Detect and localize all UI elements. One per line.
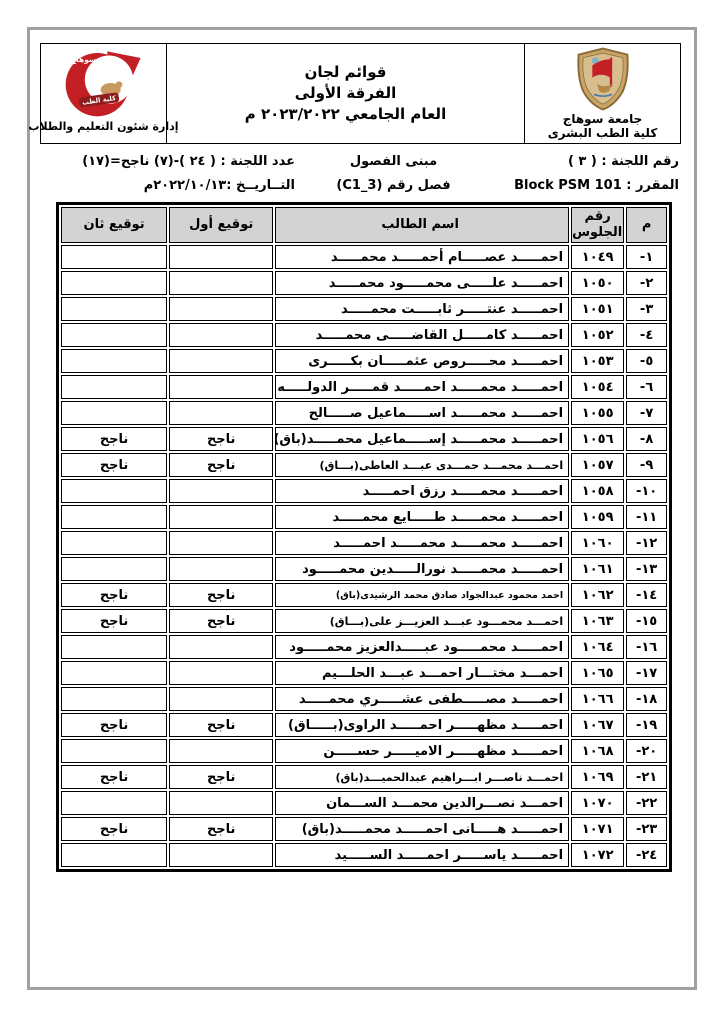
first-signature-cell: ناجح — [169, 427, 273, 451]
exam-info-bar: رقم اللجنة : ( ٣ ) المقرر : Block PSM 10… — [40, 150, 681, 200]
row-number-cell: ١١- — [626, 505, 667, 529]
first-signature-cell — [169, 791, 273, 815]
document-title-line1: قوائم لجان — [305, 62, 387, 83]
university-header-box: جامعة سوهاج كلية الطب البشرى — [524, 43, 681, 144]
first-signature-cell — [169, 479, 273, 503]
student-row: ١٨- ١٠٦٦ احمـــــد مصـــــطفى عشـــــري … — [61, 687, 667, 711]
first-signature-cell: ناجح — [169, 453, 273, 477]
first-signature-cell — [169, 245, 273, 269]
student-name-cell: احمـــــد محمـــــد طـــــايع محمـــــد — [275, 505, 569, 529]
student-row: ١٧- ١٠٦٥ احمـــد مختـــار احمـــد عبـــد… — [61, 661, 667, 685]
document-header: جامعة سوهاج كلية الطب البشرى قوائم لجان … — [40, 43, 681, 144]
row-number-cell: ٩- — [626, 453, 667, 477]
student-row: ١٢- ١٠٦٠ احمـــــد محمـــــد محمـــــد ا… — [61, 531, 667, 555]
seat-number-cell: ١٠٥٩ — [571, 505, 624, 529]
row-number-cell: ١٦- — [626, 635, 667, 659]
first-signature-cell: ناجح — [169, 765, 273, 789]
second-signature-cell — [61, 375, 167, 399]
first-signature-cell: ناجح — [169, 583, 273, 607]
first-signature-cell — [169, 687, 273, 711]
student-row: ٦- ١٠٥٤ احمـــــد محمـــــد احمـــــد قم… — [61, 375, 667, 399]
room-number: فصل رقم (C1_3) — [301, 174, 486, 198]
second-signature-cell — [61, 505, 167, 529]
first-signature-cell — [169, 843, 273, 867]
seat-number-cell: ١٠٥١ — [571, 297, 624, 321]
students-table: م رقم الجلوس اسم الطالب توقيع أول توقيع … — [56, 202, 672, 872]
admin-office-caption: إدارة شئون التعليم والطلاب — [28, 120, 178, 133]
first-signature-cell — [169, 531, 273, 555]
student-name-cell: احمـــــد محمـــــد رزق احمـــــد — [275, 479, 569, 503]
table-header-row: م رقم الجلوس اسم الطالب توقيع أول توقيع … — [61, 207, 667, 243]
second-signature-cell: ناجح — [61, 583, 167, 607]
row-number-cell: ٢٣- — [626, 817, 667, 841]
document-title-line3: العام الجامعي ٢٠٢٣/٢٠٢٢ م — [245, 104, 446, 125]
first-signature-cell: ناجح — [169, 609, 273, 633]
first-signature-cell — [169, 375, 273, 399]
student-row: ٢- ١٠٥٠ احمـــــد علـــــى محمـــــود مح… — [61, 271, 667, 295]
faculty-name: كلية الطب البشرى — [548, 126, 658, 140]
student-name-cell: احمـــــد هـــــانى احمـــــد محمـــــد(… — [275, 817, 569, 841]
student-row: ١- ١٠٤٩ احمـــــد عصـــــام أحمـــــد مح… — [61, 245, 667, 269]
seat-number-cell: ١٠٥٠ — [571, 271, 624, 295]
row-number-cell: ٢٠- — [626, 739, 667, 763]
student-row: ١٣- ١٠٦١ احمـــــد محمـــــد نورالـــــد… — [61, 557, 667, 581]
second-signature-cell — [61, 479, 167, 503]
page-frame: جامعة سوهاج كلية الطب البشرى قوائم لجان … — [27, 27, 697, 990]
second-signature-cell — [61, 843, 167, 867]
seat-number-cell: ١٠٦٥ — [571, 661, 624, 685]
column-header-name: اسم الطالب — [275, 207, 569, 243]
second-signature-cell — [61, 739, 167, 763]
second-signature-cell — [61, 687, 167, 711]
seat-number-cell: ١٠٤٩ — [571, 245, 624, 269]
first-signature-cell: ناجح — [169, 817, 273, 841]
committee-number: رقم اللجنة : ( ٣ ) — [486, 150, 679, 174]
student-name-cell: احمـــــد مظهـــــر احمـــــد الراوى(بــ… — [275, 713, 569, 737]
seat-number-cell: ١٠٥٦ — [571, 427, 624, 451]
committee-count: عدد اللجنة : ( ٢٤ )-(٧) ناجح=(١٧) — [40, 150, 295, 174]
student-name-cell: احمـــــد مظهـــــر الاميـــــر حســـــن — [275, 739, 569, 763]
seat-number-cell: ١٠٥٧ — [571, 453, 624, 477]
student-name-cell: احمـــــد كامـــــل القاضـــــى محمـــــ… — [275, 323, 569, 347]
row-number-cell: ٢- — [626, 271, 667, 295]
seat-number-cell: ١٠٦٦ — [571, 687, 624, 711]
student-row: ١٥- ١٠٦٣ احمـــد محمـــود عبـــد العزيــ… — [61, 609, 667, 633]
seat-number-cell: ١٠٦٣ — [571, 609, 624, 633]
students-table-body: ١- ١٠٤٩ احمـــــد عصـــــام أحمـــــد مح… — [61, 245, 667, 867]
seat-number-cell: ١٠٥٤ — [571, 375, 624, 399]
student-name-cell: احمد محمود عبدالجواد صادق محمد الرشيدى(ب… — [275, 583, 569, 607]
student-row: ٤- ١٠٥٢ احمـــــد كامـــــل القاضـــــى … — [61, 323, 667, 347]
seat-number-cell: ١٠٦٩ — [571, 765, 624, 789]
second-signature-cell — [61, 297, 167, 321]
student-row: ٢٢- ١٠٧٠ احمـــد نصـــرالدين محمـــد الس… — [61, 791, 667, 815]
document-title-line2: الفرقة الأولى — [295, 83, 396, 104]
exam-date: التــاريــخ :٢٠٢٢/١٠/١٣م — [40, 174, 295, 198]
second-signature-cell — [61, 323, 167, 347]
student-name-cell: احمـــد ناصـــر ابـــراهيم عبدالحميـــد(… — [275, 765, 569, 789]
row-number-cell: ٢٤- — [626, 843, 667, 867]
row-number-cell: ٢٢- — [626, 791, 667, 815]
row-number-cell: ١- — [626, 245, 667, 269]
student-row: ١٩- ١٠٦٧ احمـــــد مظهـــــر احمـــــد ا… — [61, 713, 667, 737]
student-name-cell: احمـــد محمـــود عبـــد العزيـــز على(بـ… — [275, 609, 569, 633]
first-signature-cell — [169, 557, 273, 581]
second-signature-cell — [61, 349, 167, 373]
row-number-cell: ٦- — [626, 375, 667, 399]
admin-header-box: جامعة سوهاج كلية الطب إدارة شئون التعليم… — [40, 43, 166, 144]
student-row: ٥- ١٠٥٣ احمـــــد محـــــروص عثمـــــان … — [61, 349, 667, 373]
student-name-cell: احمـــــد محمـــــد اســـــماعيل صـــــا… — [275, 401, 569, 425]
second-signature-cell — [61, 531, 167, 555]
seat-number-cell: ١٠٧١ — [571, 817, 624, 841]
seat-number-cell: ١٠٦٠ — [571, 531, 624, 555]
student-name-cell: احمـــــد علـــــى محمـــــود محمـــــد — [275, 271, 569, 295]
row-number-cell: ٧- — [626, 401, 667, 425]
row-number-cell: ١٥- — [626, 609, 667, 633]
first-signature-cell — [169, 661, 273, 685]
first-signature-cell — [169, 271, 273, 295]
second-signature-cell: ناجح — [61, 427, 167, 451]
seat-number-cell: ١٠٦٧ — [571, 713, 624, 737]
second-signature-cell: ناجح — [61, 765, 167, 789]
row-number-cell: ٥- — [626, 349, 667, 373]
row-number-cell: ١٧- — [626, 661, 667, 685]
building-name: مبنى الفصول — [301, 150, 486, 174]
students-table-wrapper: م رقم الجلوس اسم الطالب توقيع أول توقيع … — [56, 202, 672, 872]
info-location: مبنى الفصول فصل رقم (C1_3) — [301, 150, 486, 200]
second-signature-cell — [61, 401, 167, 425]
seat-number-cell: ١٠٦٤ — [571, 635, 624, 659]
student-name-cell: احمـــــد محمـــــد احمـــــد قمـــــر ا… — [275, 375, 569, 399]
student-name-cell: احمـــــد عنتـــــر ثابـــــت محمـــــد — [275, 297, 569, 321]
student-row: ٢٠- ١٠٦٨ احمـــــد مظهـــــر الاميـــــر… — [61, 739, 667, 763]
student-name-cell: احمـــد مختـــار احمـــد عبـــد الحلـــي… — [275, 661, 569, 685]
seat-number-cell: ١٠٥٣ — [571, 349, 624, 373]
info-committee-course: رقم اللجنة : ( ٣ ) المقرر : Block PSM 10… — [486, 150, 681, 200]
student-row: ٢١- ١٠٦٩ احمـــد ناصـــر ابـــراهيم عبدا… — [61, 765, 667, 789]
info-count-date: عدد اللجنة : ( ٢٤ )-(٧) ناجح=(١٧) التــا… — [40, 150, 301, 200]
university-shield-emblem-icon — [570, 47, 636, 111]
row-number-cell: ١٩- — [626, 713, 667, 737]
second-signature-cell: ناجح — [61, 817, 167, 841]
row-number-cell: ١٤- — [626, 583, 667, 607]
first-signature-cell — [169, 349, 273, 373]
row-number-cell: ٣- — [626, 297, 667, 321]
row-number-cell: ١٠- — [626, 479, 667, 503]
student-name-cell: احمـــــد محمـــــد إســـــماعيل محمــــ… — [275, 427, 569, 451]
seat-number-cell: ١٠٦٨ — [571, 739, 624, 763]
second-signature-cell — [61, 661, 167, 685]
second-signature-cell — [61, 271, 167, 295]
student-row: ٢٣- ١٠٧١ احمـــــد هـــــانى احمـــــد م… — [61, 817, 667, 841]
row-number-cell: ١٢- — [626, 531, 667, 555]
student-row: ١٦- ١٠٦٤ احمـــــد محمـــــود عبـــــدال… — [61, 635, 667, 659]
column-header-seat: رقم الجلوس — [571, 207, 624, 243]
university-name: جامعة سوهاج — [548, 112, 658, 126]
student-row: ١٤- ١٠٦٢ احمد محمود عبدالجواد صادق محمد … — [61, 583, 667, 607]
student-row: ٧- ١٠٥٥ احمـــــد محمـــــد اســـــماعيل… — [61, 401, 667, 425]
column-header-number: م — [626, 207, 667, 243]
student-row: ٩- ١٠٥٧ احمـــد محمـــد حمـــدى عبـــد ا… — [61, 453, 667, 477]
row-number-cell: ٢١- — [626, 765, 667, 789]
course-name: المقرر : Block PSM 101 — [486, 174, 679, 198]
row-number-cell: ١٣- — [626, 557, 667, 581]
seat-number-cell: ١٠٥٨ — [571, 479, 624, 503]
second-signature-cell — [61, 557, 167, 581]
student-name-cell: احمـــــد محـــــروص عثمـــــان بكـــــر… — [275, 349, 569, 373]
seat-number-cell: ١٠٥٢ — [571, 323, 624, 347]
column-header-first-signature: توقيع أول — [169, 207, 273, 243]
college-crescent-logo-icon: جامعة سوهاج كلية الطب — [52, 48, 156, 118]
student-name-cell: احمـــــد عصـــــام أحمـــــد محمـــــد — [275, 245, 569, 269]
student-row: ١١- ١٠٥٩ احمـــــد محمـــــد طـــــايع م… — [61, 505, 667, 529]
first-signature-cell — [169, 635, 273, 659]
row-number-cell: ٨- — [626, 427, 667, 451]
student-row: ٣- ١٠٥١ احمـــــد عنتـــــر ثابـــــت مح… — [61, 297, 667, 321]
seat-number-cell: ١٠٧٠ — [571, 791, 624, 815]
seat-number-cell: ١٠٦١ — [571, 557, 624, 581]
logo-university-text: جامعة سوهاج — [70, 55, 120, 64]
student-name-cell: احمـــد نصـــرالدين محمـــد الســـمان — [275, 791, 569, 815]
first-signature-cell — [169, 297, 273, 321]
first-signature-cell — [169, 401, 273, 425]
first-signature-cell — [169, 505, 273, 529]
first-signature-cell: ناجح — [169, 713, 273, 737]
student-name-cell: احمـــــد ياســـــر احمـــــد الســـــيد — [275, 843, 569, 867]
second-signature-cell — [61, 791, 167, 815]
seat-number-cell: ١٠٧٢ — [571, 843, 624, 867]
student-name-cell: احمـــــد محمـــــد محمـــــد احمـــــد — [275, 531, 569, 555]
second-signature-cell — [61, 245, 167, 269]
student-name-cell: احمـــــد محمـــــود عبـــــدالعزيز محمـ… — [275, 635, 569, 659]
seat-number-cell: ١٠٦٢ — [571, 583, 624, 607]
student-row: ٢٤- ١٠٧٢ احمـــــد ياســـــر احمـــــد ا… — [61, 843, 667, 867]
student-name-cell: احمـــد محمـــد حمـــدى عبـــد العاطى(بـ… — [275, 453, 569, 477]
row-number-cell: ١٨- — [626, 687, 667, 711]
second-signature-cell: ناجح — [61, 609, 167, 633]
student-row: ٨- ١٠٥٦ احمـــــد محمـــــد إســـــماعيل… — [61, 427, 667, 451]
seat-number-cell: ١٠٥٥ — [571, 401, 624, 425]
column-header-second-signature: توقيع ثان — [61, 207, 167, 243]
student-name-cell: احمـــــد محمـــــد نورالـــــدين محمـــ… — [275, 557, 569, 581]
scanned-document-page: { "document": { "header": { "university_… — [0, 0, 725, 1024]
row-number-cell: ٤- — [626, 323, 667, 347]
student-name-cell: احمـــــد مصـــــطفى عشـــــري محمـــــد — [275, 687, 569, 711]
student-row: ١٠- ١٠٥٨ احمـــــد محمـــــد رزق احمــــ… — [61, 479, 667, 503]
second-signature-cell — [61, 635, 167, 659]
second-signature-cell: ناجح — [61, 453, 167, 477]
title-header-box: قوائم لجان الفرقة الأولى العام الجامعي ٢… — [166, 43, 524, 144]
first-signature-cell — [169, 323, 273, 347]
first-signature-cell — [169, 739, 273, 763]
second-signature-cell: ناجح — [61, 713, 167, 737]
